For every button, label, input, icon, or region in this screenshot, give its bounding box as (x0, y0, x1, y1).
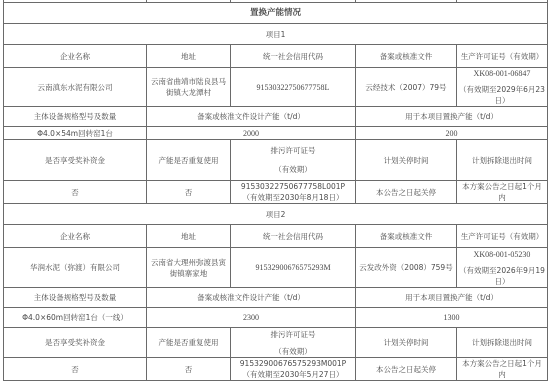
header-subsidy: 是否享受奖补资金 (4, 140, 147, 181)
project-1-license-validity: （有效期至2029年6月23日） (459, 84, 545, 106)
header-company-name: 企业名称 (4, 45, 147, 68)
header-filing-doc: 备案或核准文件 (356, 45, 457, 68)
project-1-reused: 否 (147, 181, 231, 204)
header-production-license: 生产许可证号（有效期） (457, 225, 548, 248)
project-2-reused: 否 (147, 358, 231, 381)
header-main-equipment: 主体设备规格型号及数量 (4, 288, 147, 308)
project-1-replacement-capacity: 200 (356, 127, 548, 140)
project-1-filing-doc: 云经技术（2007）79号 (356, 68, 457, 107)
project-2-credit-code: 91532900676575293M (231, 248, 356, 288)
header-replacement-capacity: 用于本项目置换产能（t/d） (356, 107, 548, 127)
project-2-planned-demolition: 本方案公告之日起1个月内 (457, 358, 548, 381)
header-address: 地址 (147, 45, 231, 68)
header-planned-demolition: 计划拆除退出时间 (457, 140, 548, 181)
table-title: 置换产能情况 (4, 3, 548, 24)
project-2-license-validity: （有效期至2026年9月19日） (459, 265, 545, 287)
header-main-equipment: 主体设备规格型号及数量 (4, 107, 147, 127)
project-2-design-capacity: 2300 (147, 308, 356, 328)
project-1-address: 云南省曲靖市陆良县马街镇大龙潭村 (147, 68, 231, 107)
header-credit-code: 统一社会信用代码 (231, 225, 356, 248)
header-discharge-permit: 排污许可证号 （有效期） (231, 328, 356, 358)
project-1-label: 项目1 (4, 24, 548, 45)
project-2-license-no: XK08-001-05230 (459, 249, 545, 260)
project-2-discharge-permit: 91532900676575293M001P （有效期至2030年5月27日） (231, 358, 356, 381)
project-1-planned-shutdown: 本公告之日起关停 (356, 181, 457, 204)
project-1-company-name: 云南滇东水泥有限公司 (4, 68, 147, 107)
project-2-company-name: 华润水泥（弥渡）有限公司 (4, 248, 147, 288)
header-credit-code: 统一社会信用代码 (231, 45, 356, 68)
header-replacement-capacity: 用于本项目置换产能（t/d） (356, 288, 548, 308)
header-design-capacity: 备案或核准文件设计产能（t/d） (147, 107, 356, 127)
header-production-license: 生产许可证号（有效期） (457, 45, 548, 68)
project-2-label: 项目2 (4, 204, 548, 225)
project-1-credit-code: 91530322750677758L (231, 68, 356, 107)
header-reused: 产能是否重复使用 (147, 140, 231, 181)
project-2-planned-shutdown: 本公告之日起关停 (356, 358, 457, 381)
header-filing-doc: 备案或核准文件 (356, 225, 457, 248)
project-1-design-capacity: 2000 (147, 127, 356, 140)
header-subsidy: 是否享受奖补资金 (4, 328, 147, 358)
header-planned-demolition: 计划拆除退出时间 (457, 328, 548, 358)
project-1-subsidy: 否 (4, 181, 147, 204)
project-1-equipment: Φ4.0×54m回转窑1台 (4, 127, 147, 140)
capacity-replacement-table: 置换产能情况 项目1 企业名称 地址 统一社会信用代码 备案或核准文件 生产许可… (3, 0, 548, 381)
header-address: 地址 (147, 225, 231, 248)
header-design-capacity: 备案或核准文件设计产能（t/d） (147, 288, 356, 308)
header-planned-shutdown: 计划关停时间 (356, 140, 457, 181)
project-2-subsidy: 否 (4, 358, 147, 381)
header-discharge-permit: 排污许可证号 （有效期） (231, 140, 356, 181)
project-1-planned-demolition: 本方案公告之日起1个月内 (457, 181, 548, 204)
project-2-address: 云南省大理州弥渡县寅街镇寨家地 (147, 248, 231, 288)
project-1-license: XK08-001-06847 （有效期至2029年6月23日） (457, 68, 548, 107)
project-2-license: XK08-001-05230 （有效期至2026年9月19日） (457, 248, 548, 288)
header-company-name: 企业名称 (4, 225, 147, 248)
project-2-replacement-capacity: 1300 (356, 308, 548, 328)
project-2-filing-doc: 云发改外资（2008）759号 (356, 248, 457, 288)
project-1-discharge-permit: 91530322750677758L001P （有效期至2030年8月18日） (231, 181, 356, 204)
project-1-license-no: XK08-001-06847 (459, 68, 545, 79)
project-2-equipment: Φ4.0×60m回转窑1台（一线） (4, 308, 147, 328)
header-reused: 产能是否重复使用 (147, 328, 231, 358)
header-planned-shutdown: 计划关停时间 (356, 328, 457, 358)
